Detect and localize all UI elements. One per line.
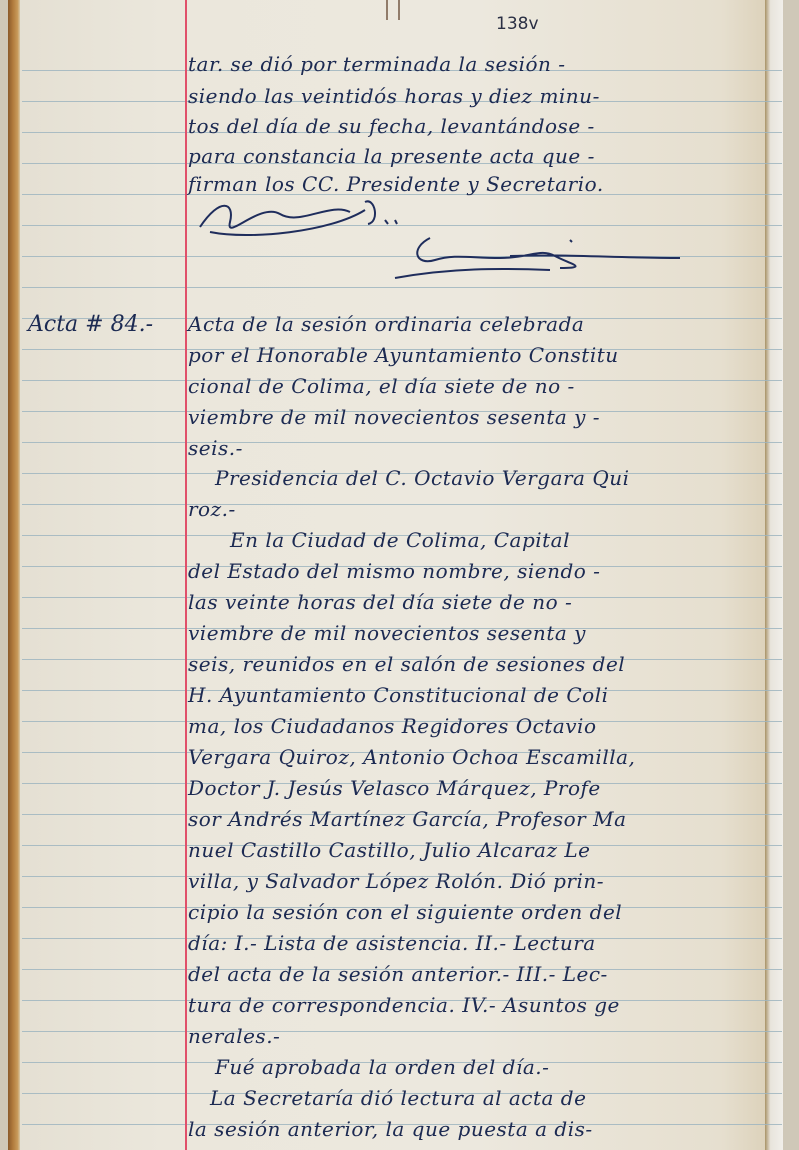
text-line: para constancia la presente acta que -: [188, 144, 768, 168]
text-line: villa, y Salvador López Rolón. Dió prin-: [188, 869, 768, 893]
text-line: H. Ayuntamiento Constitucional de Coli: [188, 683, 768, 707]
text-line: viembre de mil novecientos sesenta y -: [188, 405, 768, 429]
text-line: Acta de la sesión ordinaria celebrada: [188, 312, 768, 336]
text-line: Vergara Quiroz, Antonio Ochoa Escamilla,: [188, 745, 768, 769]
text-line: día: I.- Lista de asistencia. II.- Lectu…: [188, 931, 768, 955]
text-line: la sesión anterior, la que puesta a dis-: [188, 1117, 768, 1141]
signature-scribble-icon: [390, 228, 690, 283]
text-line: Presidencia del C. Octavio Vergara Qui: [215, 466, 795, 490]
signature-secretary: [390, 228, 690, 283]
text-line: las veinte horas del día siete de no -: [188, 590, 768, 614]
text-line: Fué aprobada la orden del día.-: [215, 1055, 795, 1079]
margin-note-acta-number: Acta # 84.-: [28, 312, 153, 337]
text-line: por el Honorable Ayuntamiento Constitu: [188, 343, 768, 367]
text-line: cional de Colima, el día siete de no -: [188, 374, 768, 398]
text-line: tos del día de su fecha, levantándose -: [188, 114, 768, 138]
text-line: seis, reunidos en el salón de sesiones d…: [188, 652, 768, 676]
text-line: viembre de mil novecientos sesenta y: [188, 621, 768, 645]
text-line: roz.-: [188, 497, 768, 521]
text-line: del Estado del mismo nombre, siendo -: [188, 559, 768, 583]
text-line: sor Andrés Martínez García, Profesor Ma: [188, 807, 768, 831]
text-line: En la Ciudad de Colima, Capital: [230, 528, 799, 552]
signature-scribble-icon: [190, 192, 410, 242]
text-line: cipio la sesión con el siguiente orden d…: [188, 900, 768, 924]
folio-number: 138v: [496, 14, 539, 34]
red-margin-line: [185, 0, 187, 1150]
text-line: seis.-: [188, 436, 768, 460]
ruled-line: [22, 287, 782, 288]
text-line: Doctor J. Jesús Velasco Márquez, Profe: [188, 776, 768, 800]
page-binding-edge: [8, 0, 20, 1150]
text-line: La Secretaría dió lectura al acta de: [210, 1086, 790, 1110]
text-line: ma, los Ciudadanos Regidores Octavio: [188, 714, 768, 738]
text-line: nuel Castillo Castillo, Julio Alcaraz Le: [188, 838, 768, 862]
staple-mark: [386, 0, 400, 20]
signature-president: [190, 192, 410, 242]
text-line: siendo las veintidós horas y diez minu-: [188, 84, 768, 108]
text-line: tura de correspondencia. IV.- Asuntos ge: [188, 993, 768, 1017]
text-line: del acta de la sesión anterior.- III.- L…: [188, 962, 768, 986]
text-line: tar. se dió por terminada la sesión -: [188, 52, 768, 76]
text-line: nerales.-: [188, 1024, 768, 1048]
